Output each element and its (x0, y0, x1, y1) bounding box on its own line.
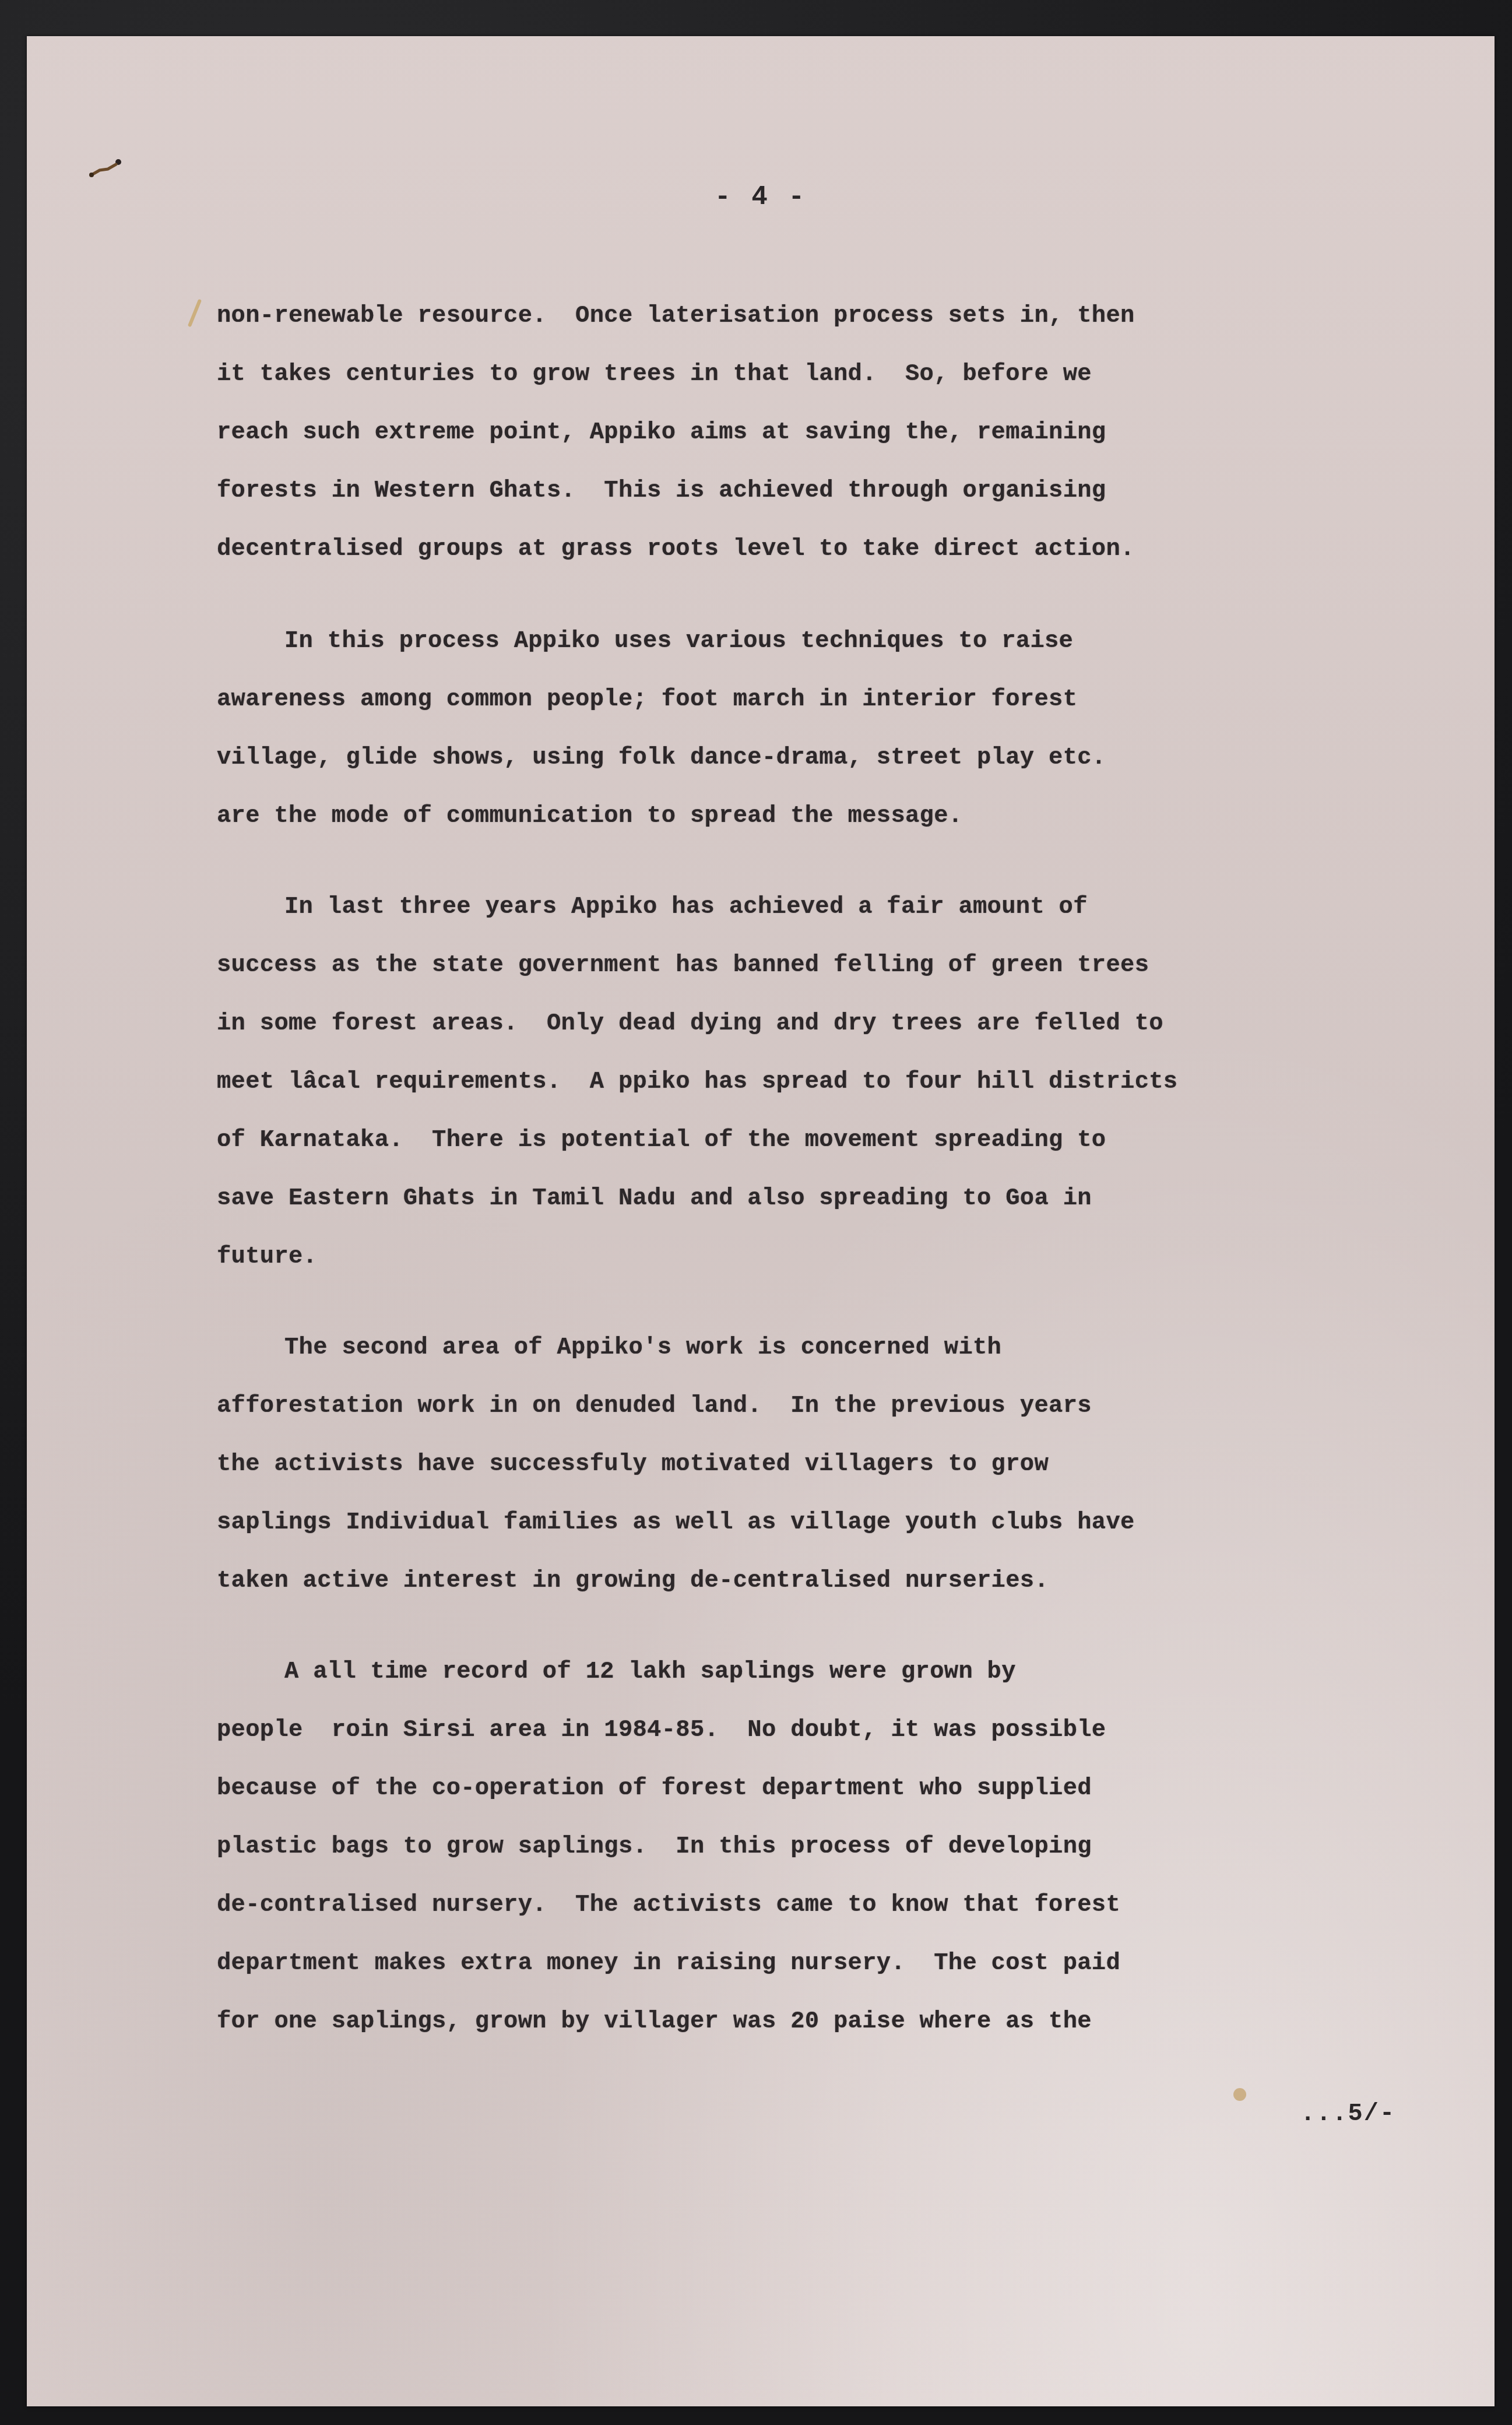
page-number: - 4 - (27, 182, 1495, 212)
text-line: forests in Western Ghats. This is achiev… (217, 462, 1470, 520)
text-line: save Eastern Ghats in Tamil Nadu and als… (217, 1169, 1470, 1228)
paragraph: In this process Appiko uses various tech… (217, 612, 1470, 845)
continuation-marker: ...5/- (1300, 2100, 1395, 2128)
text-line: de-contralised nursery. The activists ca… (217, 1876, 1470, 1934)
text-line: of Karnataka. There is potential of the … (217, 1111, 1470, 1169)
text-line: future. (217, 1228, 1470, 1286)
text-line: for one saplings, grown by villager was … (217, 1992, 1470, 2051)
text-line: village, glide shows, using folk dance-d… (217, 729, 1470, 787)
text-line: The second area of Appiko's work is conc… (217, 1319, 1470, 1377)
text-line: department makes extra money in raising … (217, 1934, 1470, 1992)
body-text: non-renewable resource. Once laterisatio… (217, 287, 1470, 2083)
text-line: success as the state government has bann… (217, 936, 1470, 994)
text-line: because of the co-operation of forest de… (217, 1759, 1470, 1818)
text-line: In this process Appiko uses various tech… (217, 612, 1470, 670)
margin-pencil-mark (188, 299, 202, 328)
text-line: plastic bags to grow saplings. In this p… (217, 1818, 1470, 1876)
text-line: non-renewable resource. Once laterisatio… (217, 287, 1470, 345)
text-line: afforestation work in on denuded land. I… (217, 1377, 1470, 1435)
text-line: awareness among common people; foot marc… (217, 670, 1470, 729)
text-line: the activists have successfuly motivated… (217, 1435, 1470, 1493)
text-line: reach such extreme point, Appiko aims at… (217, 403, 1470, 462)
text-line: are the mode of communication to spread … (217, 787, 1470, 845)
text-line: it takes centuries to grow trees in that… (217, 345, 1470, 403)
text-line: taken active interest in growing de-cent… (217, 1552, 1470, 1610)
text-line: decentralised groups at grass roots leve… (217, 520, 1470, 578)
paragraph: A all time record of 12 lakh saplings we… (217, 1643, 1470, 2051)
paragraph: non-renewable resource. Once laterisatio… (217, 287, 1470, 578)
paper-stain (1233, 2088, 1246, 2101)
paragraph: The second area of Appiko's work is conc… (217, 1319, 1470, 1610)
typewritten-page: - 4 - non-renewable resource. Once later… (27, 36, 1495, 2406)
text-line: A all time record of 12 lakh saplings we… (217, 1643, 1470, 1701)
text-line: people roin Sirsi area in 1984-85. No do… (217, 1701, 1470, 1759)
text-line: In last three years Appiko has achieved … (217, 878, 1470, 936)
text-line: saplings Individual families as well as … (217, 1493, 1470, 1552)
paragraph: In last three years Appiko has achieved … (217, 878, 1470, 1286)
text-line: in some forest areas. Only dead dying an… (217, 994, 1470, 1053)
text-line: meet lâcal requirements. A ppiko has spr… (217, 1053, 1470, 1111)
staple-hole-marks (88, 159, 123, 178)
